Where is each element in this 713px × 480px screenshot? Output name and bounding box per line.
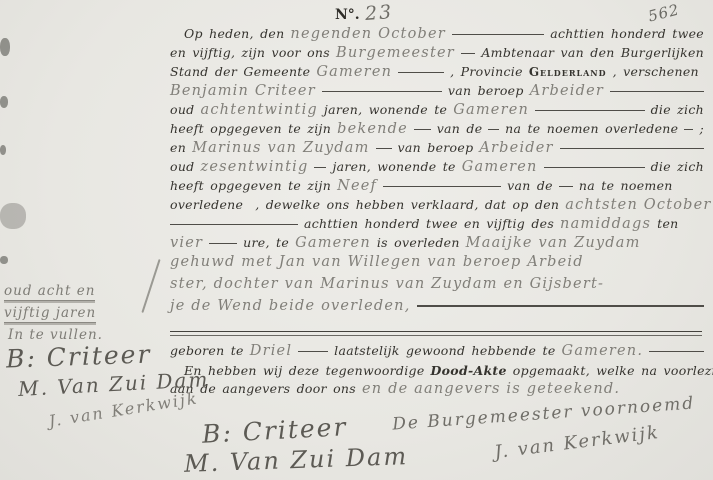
fill-line xyxy=(170,224,298,225)
fill-line xyxy=(544,167,645,168)
printed-text: laatstelijk gewoond hebbende te xyxy=(334,343,555,358)
fill-line xyxy=(535,110,645,111)
handwritten-entry: Burgemeester xyxy=(336,45,455,61)
handwritten-residence: Gameren xyxy=(462,159,538,175)
fill-line xyxy=(209,243,237,244)
body-line: je de Wend beide overleden, xyxy=(170,298,704,314)
handwritten-hour: vier xyxy=(170,235,203,251)
handwritten-text: ster, dochter van Marinus van Zuydam en … xyxy=(170,276,604,292)
fill-line xyxy=(649,351,704,352)
printed-text: die zich xyxy=(651,159,704,174)
body-line: Stand der Gemeente Gameren , Provincie G… xyxy=(170,64,704,80)
fill-line xyxy=(461,53,475,54)
body-line: oud zesentwintig jaren, wonende te Gamer… xyxy=(170,159,704,175)
body-line: ster, dochter van Marinus van Zuydam en … xyxy=(170,276,704,292)
printed-text: , Provincie xyxy=(450,64,523,79)
fill-line xyxy=(560,148,704,149)
handwritten-age: achtentwintig xyxy=(200,102,317,118)
printed-text: ten xyxy=(657,216,678,231)
body-line: Op heden, den negenden October achttien … xyxy=(170,26,704,42)
act-number-value: 23 xyxy=(364,1,394,25)
handwritten-entry: negenden October xyxy=(290,26,446,42)
printed-text: , dewelke ons hebben verklaard, dat op d… xyxy=(255,197,559,212)
handwritten-last-residence: Gameren. xyxy=(562,343,644,359)
printed-text: En hebben wij deze tegenwoordige xyxy=(184,363,425,378)
fill-line xyxy=(322,91,442,92)
printed-province: Gelderland xyxy=(529,65,607,79)
margin-note-instruction: In te vullen. xyxy=(8,327,103,343)
printed-text: geboren te xyxy=(170,343,244,358)
handwritten-text: gehuwd met Jan van Willegen van beroep A… xyxy=(170,254,584,270)
printed-text: na te noemen xyxy=(579,178,673,193)
printed-text: oud xyxy=(170,102,194,117)
printed-text: oud xyxy=(170,159,194,174)
handwritten-deceased-name: Maaijke van Zuydam xyxy=(466,235,641,251)
fill-line xyxy=(376,148,392,149)
printed-text: Op heden, den xyxy=(184,26,284,41)
fill-line xyxy=(559,186,573,187)
printed-text: en vijftig, zijn voor ons xyxy=(170,45,330,60)
body-line: heeft opgegeven te zijn Neef van de na t… xyxy=(170,178,704,194)
body-line: overledene , dewelke ons hebben verklaar… xyxy=(170,197,704,213)
printed-text: na te noemen overledene xyxy=(505,121,678,136)
printed-text: van de xyxy=(437,121,483,136)
handwritten-occupation: Arbeider xyxy=(479,140,553,156)
printed-text: ; xyxy=(699,121,704,136)
death-certificate-page: N°. 23 562 Op heden, den negenden Octobe… xyxy=(0,0,713,480)
handwritten-relation: bekende xyxy=(337,121,408,137)
printed-text: achttien honderd twee xyxy=(550,26,704,41)
body-line: en Marinus van Zuydam van beroep Arbeide… xyxy=(170,140,704,156)
fill-line xyxy=(298,351,328,352)
separator-rule xyxy=(170,331,702,336)
printed-text: die zich xyxy=(651,102,704,117)
fill-line xyxy=(383,186,501,187)
printed-text: van beroep xyxy=(448,83,524,98)
printed-text: overledene xyxy=(170,197,243,212)
printed-text: ure, te xyxy=(243,235,289,250)
body-line: En hebben wij deze tegenwoordige Dood-Ak… xyxy=(170,363,704,378)
fill-line xyxy=(488,129,499,130)
handwritten-text: en de aangevers is geteekend. xyxy=(362,381,620,397)
printed-text: en xyxy=(170,140,186,155)
scan-artifact xyxy=(0,256,8,264)
printed-act-title: Dood-Akte xyxy=(431,363,507,378)
printed-text: opgemaakt, welke na voorlezing xyxy=(513,363,713,378)
margin-note-age: vijftig jaren xyxy=(4,305,96,323)
margin-signature-criteer: B: Criteer xyxy=(6,339,152,373)
printed-text: van beroep xyxy=(398,140,474,155)
printed-text: van de xyxy=(507,178,553,193)
handwritten-relation: Neef xyxy=(337,178,377,194)
body-line: aan de aangevers door ons en de aangever… xyxy=(170,381,704,397)
body-line: oud achtentwintig jaren, wonende te Game… xyxy=(170,102,704,118)
handwritten-occupation: Arbeider xyxy=(530,83,604,99)
act-number-label: N°. xyxy=(335,7,360,23)
handwritten-declarant-name: Benjamin Criteer xyxy=(170,83,316,99)
fill-line xyxy=(610,91,704,92)
scan-artifact xyxy=(0,38,10,56)
body-line: Benjamin Criteer van beroep Arbeider xyxy=(170,83,704,99)
ink-flourish xyxy=(141,259,160,313)
fill-line xyxy=(314,167,326,168)
fill-line xyxy=(452,34,544,35)
handwritten-age: zesentwintig xyxy=(200,159,308,175)
scan-artifact xyxy=(0,96,8,108)
handwritten-birthplace: Driel xyxy=(250,343,292,359)
handwritten-text: je de Wend beide overleden, xyxy=(170,298,411,314)
fill-line xyxy=(684,129,693,130)
printed-text: , verschenen xyxy=(613,64,699,79)
corner-mark: 562 xyxy=(646,0,681,25)
body-line: heeft opgegeven te zijn bekende van de n… xyxy=(170,121,704,137)
printed-text: achttien honderd twee en vijftig des xyxy=(304,216,554,231)
signature-burgemeester-name: J. van Kerkwijk xyxy=(493,422,661,463)
printed-text: Stand der Gemeente xyxy=(170,64,310,79)
fill-line xyxy=(398,72,444,73)
printed-text: jaren, wonende te xyxy=(324,102,447,117)
act-number: N°. 23 xyxy=(335,2,393,24)
scan-artifact xyxy=(0,145,6,155)
body-line: geboren te Driel laatstelijk gewoond heb… xyxy=(170,343,704,359)
printed-text: heeft opgegeven te zijn xyxy=(170,178,331,193)
margin-note-age: oud acht en xyxy=(4,283,95,301)
handwritten-death-date: achtsten October xyxy=(565,197,711,213)
signature-criteer: B: Criteer xyxy=(201,412,348,449)
body-line: en vijftig, zijn voor ons Burgemeester A… xyxy=(170,45,704,61)
printed-text: jaren, wonende te xyxy=(332,159,455,174)
handwritten-entry: Gameren xyxy=(316,64,392,80)
handwritten-residence: Gameren xyxy=(453,102,529,118)
handwritten-place: Gameren xyxy=(295,235,371,251)
scan-artifact xyxy=(0,203,26,229)
handwritten-declarant-name: Marinus van Zuydam xyxy=(192,140,369,156)
printed-text: heeft opgegeven te zijn xyxy=(170,121,331,136)
fill-line xyxy=(414,129,431,130)
printed-text: Ambtenaar van den Burgerlijken xyxy=(481,45,704,60)
body-line: vier ure, te Gameren is overleden Maaijk… xyxy=(170,235,704,251)
body-line: gehuwd met Jan van Willegen van beroep A… xyxy=(170,254,704,270)
printed-text: is overleden xyxy=(377,235,460,250)
fill-line xyxy=(417,305,704,307)
body-line: achttien honderd twee en vijftig des nam… xyxy=(170,216,704,232)
handwritten-daypart: namiddags xyxy=(560,216,651,232)
